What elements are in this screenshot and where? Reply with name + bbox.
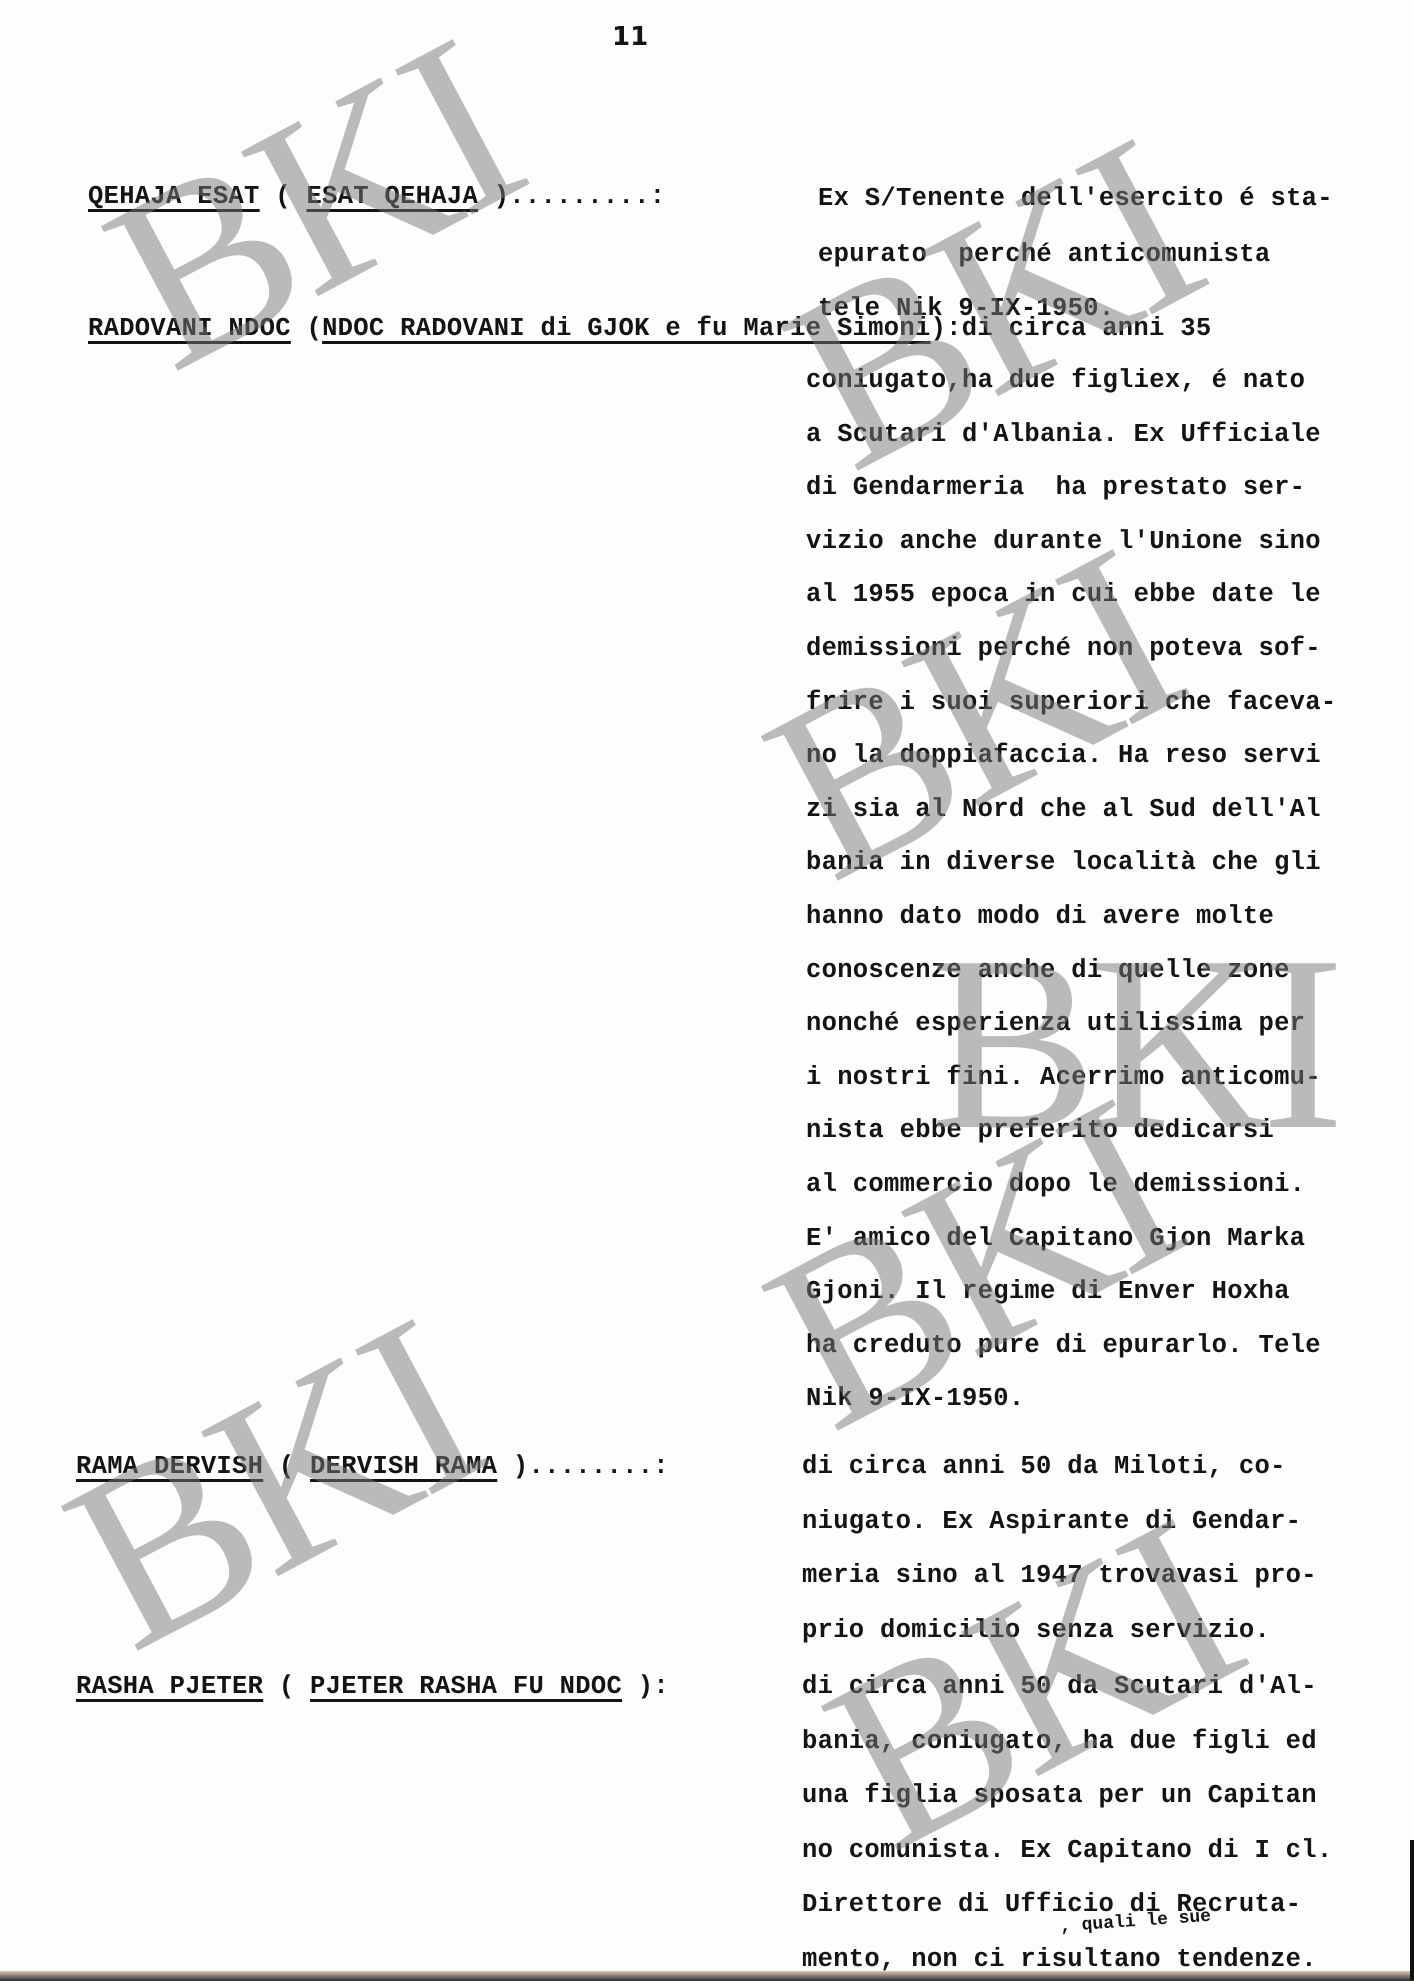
entry-text-line: demissioni perché non poteva sof- [806,634,1321,663]
entry-text-line: nonché esperienza utilissima per [806,1009,1305,1038]
entry-text-line: di circa anni 35 [962,314,1212,343]
leader-dots: ): [931,314,962,343]
entry-text-line: bania in diverse località che gli [806,848,1321,877]
entry-text-line: hanno dato modo di avere molte [806,902,1274,931]
scan-right-edge [1410,1840,1414,1980]
entry-text-line: nista ebbe preferito dedicarsi [806,1116,1274,1145]
name-surname: PJETER RASHA FU NDOC [310,1672,622,1701]
name-surname: NDOC RADOVANI di GJOK e fu Marie Simoni [322,314,931,343]
page-number: 11 [612,22,648,52]
entry-text-line: Ex S/Tenente dell'esercito é sta- [818,184,1333,213]
leader-dots: ): [622,1672,669,1701]
entry-text-line: E' amico del Capitano Gjon Marka [806,1224,1305,1253]
leader-dots: )........: [497,1452,669,1481]
entry-text-line: meria sino al 1947 trovavasi pro- [802,1561,1317,1590]
entry-header-qehaja: QEHAJA ESAT ( ESAT QEHAJA ).........: [88,182,665,211]
entry-text-line: a Scutari d'Albania. Ex Ufficiale [806,420,1321,449]
entry-text-line: no la doppiafaccia. Ha reso servi [806,741,1321,770]
entry-text-line: vizio anche durante l'Unione sino [806,527,1321,556]
watermark: BKI [725,1043,1219,1488]
entry-text-line: Direttore di Ufficio di Recruta- [802,1890,1301,1919]
watermark: BKI [65,0,559,428]
entry-text-line: Nik 9-IX-1950. [806,1384,1024,1413]
watermark: BKI [25,1263,519,1708]
entry-text-line: di Gendarmeria ha prestato ser- [806,473,1305,502]
entry-text-line: di circa anni 50 da Scutari d'Al- [802,1672,1317,1701]
entry-text-line: no comunista. Ex Capitano di I cl. [802,1836,1332,1865]
entry-text-line: ha creduto pure di epurarlo. Tele [806,1331,1321,1360]
entry-header-rama: RAMA DERVISH ( DERVISH RAMA )........: [76,1452,669,1481]
entry-text-line: bania, coniugato, ha due figli ed [802,1727,1317,1756]
scan-bottom-edge [0,1971,1414,1981]
entry-text-line: frire i suoi superiori che faceva- [806,688,1336,717]
entry-text-line: niugato. Ex Aspirante di Gendar- [802,1507,1301,1536]
entry-text-line: conoscenze anche di quelle zone [806,956,1290,985]
name-surname: DERVISH RAMA [310,1452,497,1481]
entry-text-line: zi sia al Nord che al Sud dell'Al [806,795,1321,824]
entry-text-line: mento, non ci risultano tendenze. [802,1945,1317,1974]
entry-text-line: al 1955 epoca in cui ebbe date le [806,580,1321,609]
surname-name: RADOVANI NDOC [88,314,291,343]
entry-text-line: al commercio dopo le demissioni. [806,1170,1305,1199]
entry-text-line: epurato perché anticomunista [818,240,1270,269]
entry-text-line: i nostri fini. Acerrimo anticomu- [806,1063,1321,1092]
leader-dots: ).........: [478,182,665,211]
surname-name: RASHA PJETER [76,1672,263,1701]
entry-text-line: Gjoni. Il regime di Enver Hoxha [806,1277,1290,1306]
surname-name: RAMA DERVISH [76,1452,263,1481]
entry-text-line: una figlia sposata per un Capitan [802,1781,1317,1810]
name-surname: ESAT QEHAJA [306,182,478,211]
surname-name: QEHAJA ESAT [88,182,260,211]
entry-header-radovani: RADOVANI NDOC (NDOC RADOVANI di GJOK e f… [88,314,1211,343]
entry-text-line: prio domicilio senza servizio. [802,1616,1270,1645]
entry-header-rasha: RASHA PJETER ( PJETER RASHA FU NDOC ): [76,1672,669,1701]
entry-text-line: di circa anni 50 da Miloti, co- [802,1452,1286,1481]
entry-text-line: coniugato,ha due figliex, é nato [806,366,1305,395]
